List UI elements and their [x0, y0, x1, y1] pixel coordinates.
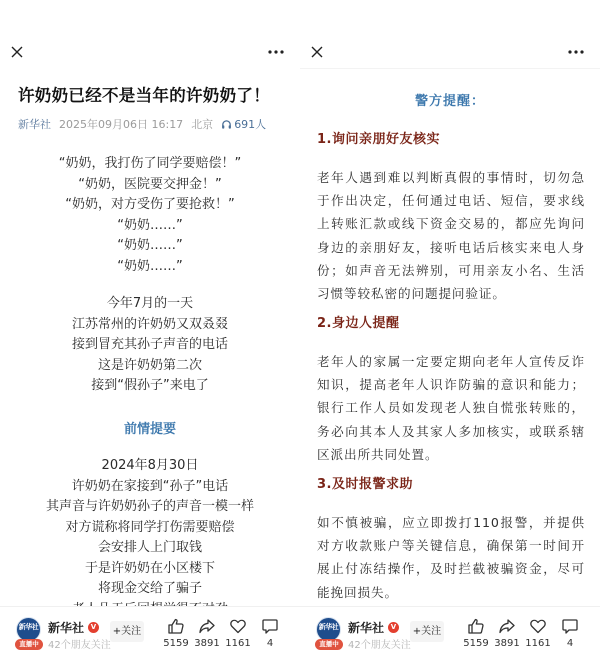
- more-button[interactable]: [566, 44, 586, 60]
- comment-icon: [261, 617, 279, 635]
- comment-count: 4: [255, 638, 285, 649]
- like-count: 5159: [161, 638, 191, 649]
- quote-line: “奶奶……”: [0, 257, 300, 278]
- share-icon: [198, 617, 216, 635]
- quote-line: “奶奶，对方受伤了要抢救！”: [0, 195, 300, 216]
- bottom-action-bar: 新华社 直播中 新华社 V 42个朋友关注 +关注 5159 3891 1161…: [0, 606, 300, 657]
- follow-button[interactable]: +关注: [110, 621, 144, 642]
- comment-count: 4: [555, 638, 585, 649]
- tip-body: 老年人遇到难以判断真假的事情时，切勿急于作出决定，任何通过电话、短信，要求线上转…: [317, 166, 585, 305]
- tip-title: 1.询问亲朋好友核实: [317, 128, 440, 147]
- share-button[interactable]: 3891: [492, 617, 522, 649]
- like-button[interactable]: 5159: [161, 617, 191, 649]
- share-icon: [498, 617, 516, 635]
- story-line: 会安排人上门取钱: [0, 538, 300, 559]
- verified-icon: V: [88, 622, 99, 633]
- intro-line: 江苏常州的许奶奶又双叒叕: [0, 315, 300, 336]
- heart-icon: [229, 617, 247, 635]
- friends-following: 42个朋友关注: [48, 636, 111, 651]
- more-button[interactable]: [266, 44, 286, 60]
- verified-icon: V: [388, 622, 399, 633]
- article-meta: 新华社 2025年09月06日 16:17 北京 691人: [18, 116, 266, 132]
- story-line: 对方谎称将同学打伤需要赔偿: [0, 518, 300, 539]
- section-title: 前情提要: [0, 418, 300, 437]
- top-bar: [0, 38, 300, 68]
- listen-button[interactable]: 691人: [221, 116, 266, 132]
- article-date: 2025年09月06日 16:17: [59, 116, 183, 132]
- share-count: 3891: [492, 638, 522, 649]
- like-count: 5159: [461, 638, 491, 649]
- share-button[interactable]: 3891: [192, 617, 222, 649]
- favorite-count: 1161: [223, 638, 253, 649]
- thumbs-up-icon: [167, 617, 185, 635]
- share-count: 3891: [192, 638, 222, 649]
- favorite-count: 1161: [523, 638, 553, 649]
- bottom-action-bar: 新华社 直播中 新华社 V 42个朋友关注 +关注 5159 3891 1161…: [300, 606, 600, 657]
- police-reminder-heading: 警方提醒：: [300, 90, 600, 109]
- thumbs-up-icon: [467, 617, 485, 635]
- heart-icon: [529, 617, 547, 635]
- close-icon: [310, 45, 324, 59]
- article-panel-right: 警方提醒： 1.询问亲朋好友核实 老年人遇到难以判断真假的事情时，切勿急于作出决…: [300, 0, 600, 657]
- account-name-text: 新华社: [48, 619, 84, 636]
- story-block: 2024年8月30日 许奶奶在家接到“孙子”电话 其声音与许奶奶孙子的声音一模一…: [0, 456, 300, 620]
- avatar-logo-text: 新华社: [317, 622, 340, 632]
- favorite-button[interactable]: 1161: [523, 617, 553, 649]
- article-title: 许奶奶已经不是当年的许奶奶了！: [18, 82, 288, 106]
- article-source[interactable]: 新华社: [18, 116, 51, 132]
- avatar-logo-text: 新华社: [17, 622, 40, 632]
- headphones-icon: [221, 119, 232, 130]
- intro-line: 这是许奶奶第二次: [0, 356, 300, 377]
- listener-count: 691人: [234, 116, 266, 132]
- more-icon: [566, 45, 586, 59]
- quote-line: “奶奶，医院要交押金！”: [0, 175, 300, 196]
- live-badge: 直播中: [315, 639, 343, 650]
- comment-button[interactable]: 4: [255, 617, 285, 649]
- story-line: 2024年8月30日: [0, 456, 300, 477]
- like-button[interactable]: 5159: [461, 617, 491, 649]
- favorite-button[interactable]: 1161: [223, 617, 253, 649]
- tip-title: 3.及时报警求助: [317, 473, 413, 492]
- tip-title: 2.身边人提醒: [317, 312, 399, 331]
- live-badge: 直播中: [15, 639, 43, 650]
- divider: [300, 68, 600, 69]
- intro-block: 今年7月的一天 江苏常州的许奶奶又双叒叕 接到冒充其孙子声音的电话 这是许奶奶第…: [0, 294, 300, 397]
- intro-line: 今年7月的一天: [0, 294, 300, 315]
- intro-line: 接到“假孙子”来电了: [0, 376, 300, 397]
- account-name-text: 新华社: [348, 619, 384, 636]
- story-line: 许奶奶在家接到“孙子”电话: [0, 477, 300, 498]
- friends-following: 42个朋友关注: [348, 636, 411, 651]
- comment-icon: [561, 617, 579, 635]
- article-panel-left: 许奶奶已经不是当年的许奶奶了！ 新华社 2025年09月06日 16:17 北京…: [0, 0, 300, 657]
- quote-block: “奶奶，我打伤了同学要赔偿！” “奶奶，医院要交押金！” “奶奶，对方受伤了要抢…: [0, 154, 300, 277]
- close-icon: [10, 45, 24, 59]
- tip-body: 老年人的家属一定要定期向老年人宣传反诈知识，提高老年人识诈防骗的意识和能力；银行…: [317, 350, 585, 466]
- tip-body: 如不慎被骗，应立即拨打110报警，并提供对方收款账户等关键信息，确保第一时间开展…: [317, 511, 585, 604]
- quote-line: “奶奶，我打伤了同学要赔偿！”: [0, 154, 300, 175]
- article-location: 北京: [191, 116, 213, 132]
- account-name[interactable]: 新华社 V: [48, 619, 99, 636]
- story-line: 将现金交给了骗子: [0, 579, 300, 600]
- story-line: 其声音与许奶奶孙子的声音一模一样: [0, 497, 300, 518]
- more-icon: [266, 45, 286, 59]
- follow-button[interactable]: +关注: [410, 621, 444, 642]
- top-bar: [300, 38, 600, 68]
- story-line: 于是许奶奶在小区楼下: [0, 559, 300, 580]
- account-name[interactable]: 新华社 V: [348, 619, 399, 636]
- close-button[interactable]: [310, 44, 326, 60]
- comment-button[interactable]: 4: [555, 617, 585, 649]
- close-button[interactable]: [10, 44, 26, 60]
- quote-line: “奶奶……”: [0, 216, 300, 237]
- intro-line: 接到冒充其孙子声音的电话: [0, 335, 300, 356]
- quote-line: “奶奶……”: [0, 236, 300, 257]
